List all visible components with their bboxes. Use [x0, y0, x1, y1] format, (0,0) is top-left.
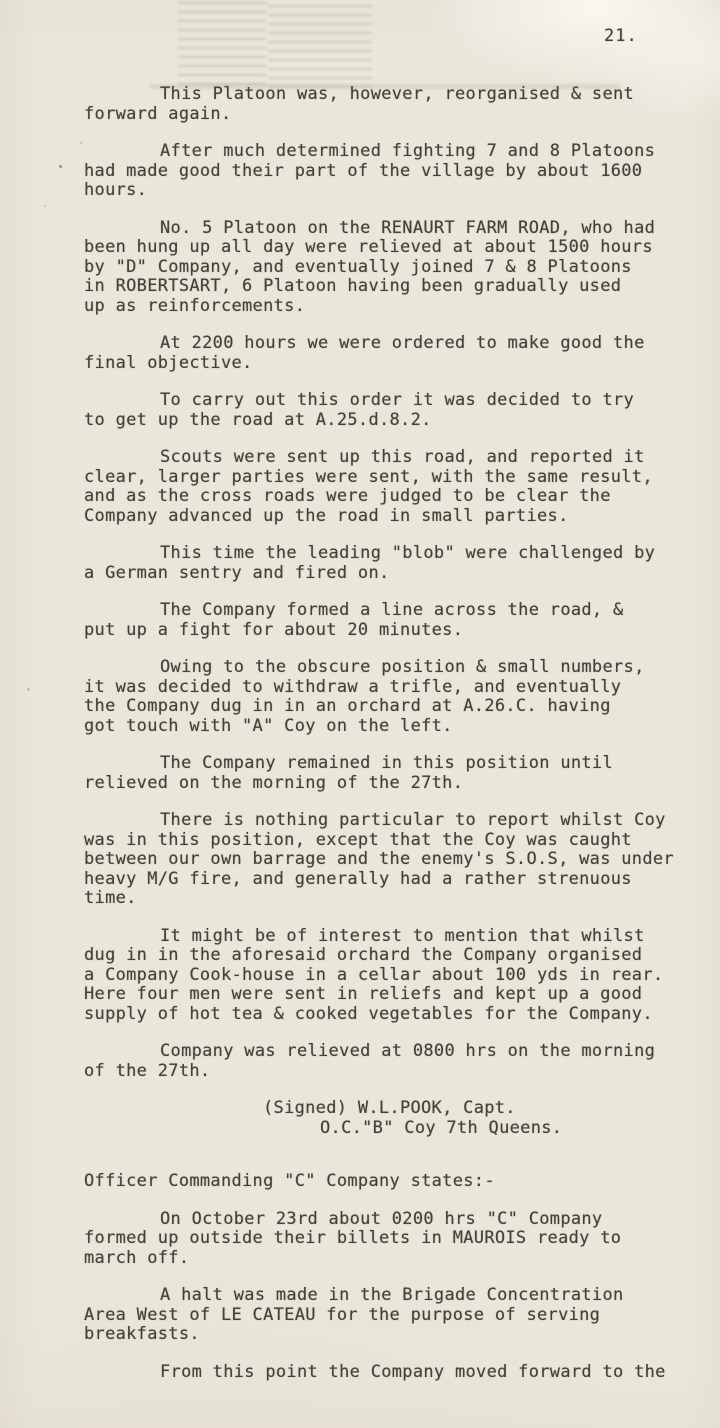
text-line: On October 23rd about 0200 hrs "C" Compa…: [84, 1210, 694, 1230]
text-line: of the 27th.: [84, 1062, 694, 1082]
text-line: From this point the Company moved forwar…: [84, 1363, 694, 1383]
paragraph: This time the leading "blob" were challe…: [84, 544, 694, 583]
paragraph: It might be of interest to mention that …: [84, 927, 694, 1025]
text-line: time.: [84, 889, 694, 909]
text-line: put up a fight for about 20 minutes.: [84, 621, 694, 641]
paragraph: This Platoon was, however, reorganised &…: [84, 85, 694, 124]
text-line: It might be of interest to mention that …: [84, 927, 694, 947]
text-line: Company was relieved at 0800 hrs on the …: [84, 1042, 694, 1062]
paragraph: Scouts were sent up this road, and repor…: [84, 448, 694, 526]
paragraph: No. 5 Platoon on the RENAURT FARM ROAD, …: [84, 219, 694, 317]
text-line: Company advanced up the road in small pa…: [84, 507, 694, 527]
text-line: a Company Cook-house in a cellar about 1…: [84, 966, 694, 986]
paper-speck: [80, 142, 82, 144]
paragraph: After much determined fighting 7 and 8 P…: [84, 142, 694, 201]
text-line: Officer Commanding "C" Company states:-: [84, 1172, 694, 1192]
signature-block: (Signed) W.L.POOK, Capt. O.C."B" Coy 7th…: [84, 1099, 694, 1138]
text-line: by "D" Company, and eventually joined 7 …: [84, 258, 694, 278]
text-line: A halt was made in the Brigade Concentra…: [84, 1286, 694, 1306]
text-line: At 2200 hours we were ordered to make go…: [84, 334, 694, 354]
paragraph: From this point the Company moved forwar…: [84, 1363, 694, 1383]
paragraph: There is nothing particular to report wh…: [84, 811, 694, 909]
text-line: supply of hot tea & cooked vegetables fo…: [84, 1005, 694, 1025]
text-line: No. 5 Platoon on the RENAURT FARM ROAD, …: [84, 219, 694, 239]
text-line: This time the leading "blob" were challe…: [84, 544, 694, 564]
bleed-through-mark: [178, 2, 266, 86]
text-line: between our own barrage and the enemy's …: [84, 850, 694, 870]
text-line: hours.: [84, 181, 694, 201]
section-heading: Officer Commanding "C" Company states:-: [84, 1172, 694, 1192]
text-line: dug in in the aforesaid orchard the Comp…: [84, 946, 694, 966]
paper-speck: [27, 688, 30, 691]
text-line: Here four men were sent in reliefs and k…: [84, 985, 694, 1005]
paragraph: To carry out this order it was decided t…: [84, 391, 694, 430]
paragraph: A halt was made in the Brigade Concentra…: [84, 1286, 694, 1345]
paragraph: On October 23rd about 0200 hrs "C" Compa…: [84, 1210, 694, 1269]
text-line: relieved on the morning of the 27th.: [84, 774, 694, 794]
text-line: up as reinforcements.: [84, 297, 694, 317]
text-line: the Company dug in in an orchard at A.26…: [84, 697, 694, 717]
text-line: There is nothing particular to report wh…: [84, 811, 694, 831]
text-line: got touch with "A" Coy on the left.: [84, 717, 694, 737]
text-line: it was decided to withdraw a trifle, and…: [84, 678, 694, 698]
paragraph: At 2200 hours we were ordered to make go…: [84, 334, 694, 373]
text-line: final objective.: [84, 354, 694, 374]
text-line: march off.: [84, 1249, 694, 1269]
signature-name-line: (Signed) W.L.POOK, Capt.: [84, 1099, 694, 1119]
text-line: forward again.: [84, 105, 694, 125]
signature-title-line: O.C."B" Coy 7th Queens.: [84, 1119, 694, 1139]
text-line: heavy M/G fire, and generally had a rath…: [84, 870, 694, 890]
text-line: and as the cross roads were judged to be…: [84, 487, 694, 507]
text-line: in ROBERTSART, 6 Platoon having been gra…: [84, 277, 694, 297]
text-line: Owing to the obscure position & small nu…: [84, 658, 694, 678]
document-page: 21. This Platoon was, however, reorganis…: [0, 0, 720, 1428]
text-line: Scouts were sent up this road, and repor…: [84, 448, 694, 468]
bleed-through-mark: [268, 5, 372, 87]
text-line: been hung up all day were relieved at ab…: [84, 238, 694, 258]
text-line: This Platoon was, however, reorganised &…: [84, 85, 694, 105]
text-line: To carry out this order it was decided t…: [84, 391, 694, 411]
text-line: Area West of LE CATEAU for the purpose o…: [84, 1306, 694, 1326]
document-body: This Platoon was, however, reorganised &…: [84, 85, 694, 1382]
text-line: had made good their part of the village …: [84, 162, 694, 182]
text-line: clear, larger parties were sent, with th…: [84, 468, 694, 488]
text-line: a German sentry and fired on.: [84, 564, 694, 584]
text-line: was in this position, except that the Co…: [84, 831, 694, 851]
paragraph: The Company formed a line across the roa…: [84, 601, 694, 640]
paragraph: Company was relieved at 0800 hrs on the …: [84, 1042, 694, 1081]
text-line: to get up the road at A.25.d.8.2.: [84, 411, 694, 431]
paper-speck: [59, 165, 62, 168]
text-line: breakfasts.: [84, 1325, 694, 1345]
text-line: After much determined fighting 7 and 8 P…: [84, 142, 694, 162]
text-line: The Company remained in this position un…: [84, 754, 694, 774]
page-number: 21.: [604, 26, 638, 46]
paragraph: Owing to the obscure position & small nu…: [84, 658, 694, 736]
text-line: formed up outside their billets in MAURO…: [84, 1229, 694, 1249]
text-line: The Company formed a line across the roa…: [84, 601, 694, 621]
paragraph: The Company remained in this position un…: [84, 754, 694, 793]
paper-speck: [44, 205, 46, 207]
